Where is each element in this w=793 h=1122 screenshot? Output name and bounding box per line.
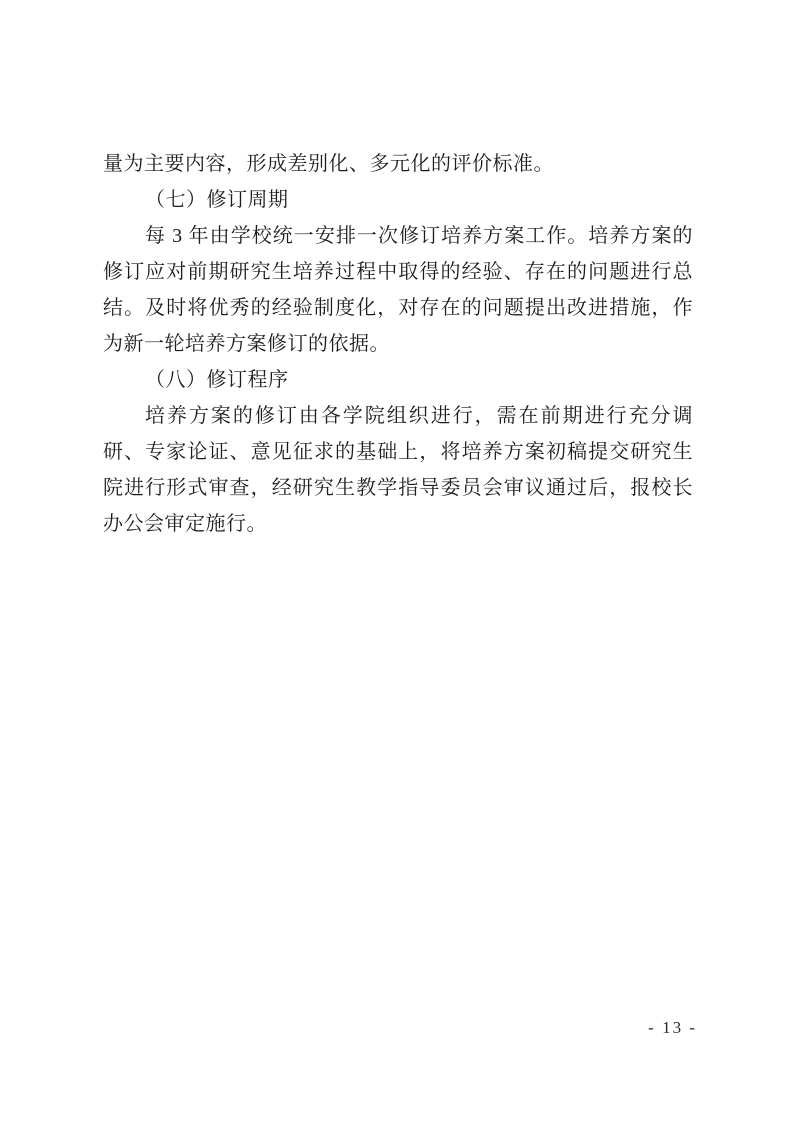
text-line: 培养方案的修订由各学院组织进行，需在前期进行充分调 <box>103 398 693 434</box>
text-line: 为新一轮培养方案修订的依据。 <box>103 326 693 362</box>
text-line: 研、专家论证、意见征求的基础上，将培养方案初稿提交研究生 <box>103 434 693 470</box>
text-line: 量为主要内容，形成差别化、多元化的评价标准。 <box>103 146 693 182</box>
text-line: （七）修订周期 <box>103 182 693 218</box>
text-line: 修订应对前期研究生培养过程中取得的经验、存在的问题进行总 <box>103 254 693 290</box>
document-page: 量为主要内容，形成差别化、多元化的评价标准。（七）修订周期每 3 年由学校统一安… <box>0 0 793 1122</box>
text-line: 每 3 年由学校统一安排一次修订培养方案工作。培养方案的 <box>103 218 693 254</box>
text-line: （八）修订程序 <box>103 362 693 398</box>
text-line: 结。及时将优秀的经验制度化，对存在的问题提出改进措施，作 <box>103 290 693 326</box>
page-number-text: - 13 - <box>648 1018 697 1037</box>
document-body: 量为主要内容，形成差别化、多元化的评价标准。（七）修订周期每 3 年由学校统一安… <box>103 146 693 542</box>
page-number: - 13 - <box>648 1016 697 1040</box>
text-line: 办公会审定施行。 <box>103 506 693 542</box>
text-line: 院进行形式审查，经研究生教学指导委员会审议通过后，报校长 <box>103 470 693 506</box>
